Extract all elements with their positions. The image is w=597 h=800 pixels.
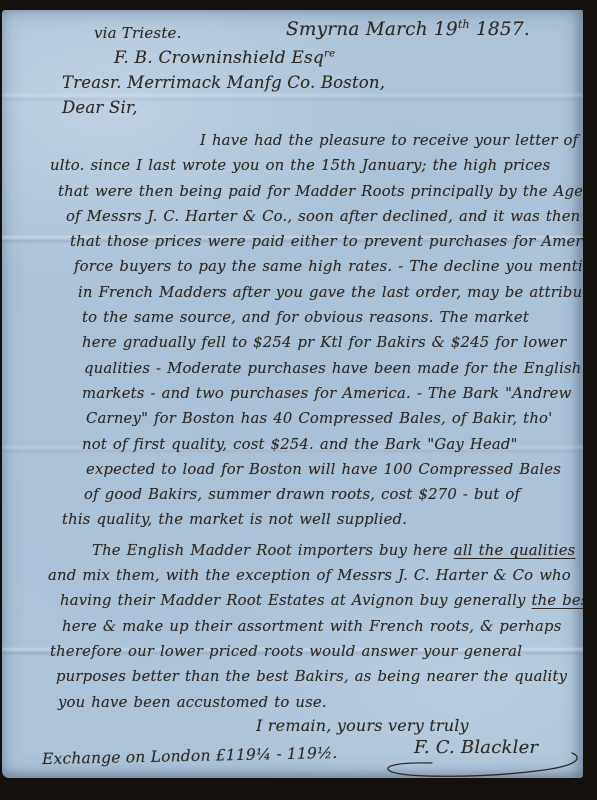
exchange-rate-note: Exchange on London £119¼ - 119½.	[42, 744, 338, 768]
letter-line-text: The English Madder Root importers buy he…	[92, 542, 454, 559]
letter-line: of good Bakirs, summer drawn roots, cost…	[84, 482, 583, 507]
letter-line: of Messrs J. C. Harter & Co., soon after…	[66, 204, 583, 229]
salutation: Dear Sir,	[62, 98, 138, 117]
dateline: Smyrna March 19th 1857.	[286, 18, 530, 40]
closing-line: I remain, yours very truly	[256, 716, 583, 735]
letter-line: therefore our lower priced roots would a…	[50, 639, 583, 664]
letter-line-text: having their Madder Root Estates at Avig…	[60, 592, 532, 609]
route-annotation: via Trieste.	[94, 24, 182, 42]
dateline-ordinal: th	[458, 18, 470, 31]
letter-content: via Trieste. Smyrna March 19th 1857. F. …	[2, 10, 583, 778]
letter-line: in French Madders after you gave the las…	[78, 280, 583, 305]
signature-flourish	[376, 749, 583, 778]
letter-line: force buyers to pay the same high rates.…	[74, 254, 583, 279]
header-row: via Trieste. Smyrna March 19th 1857.	[48, 23, 583, 48]
letter-line: here & make up their assortment with Fre…	[62, 614, 583, 639]
paragraph-1: I have had the pleasure to receive your …	[48, 128, 583, 533]
letter-line: Carney" for Boston has 40 Compressed Bal…	[86, 406, 583, 431]
recipient-name: F. B. Crowninshield Esqre	[114, 48, 335, 68]
underlined-phrase: all the qualities	[454, 542, 576, 559]
recipient-name-text: F. B. Crowninshield Esq	[114, 48, 324, 68]
dateline-place: Smyrna March 19	[286, 19, 458, 40]
letter-line: not of first quality, cost $254. and the…	[82, 432, 583, 457]
letter-line: that those prices were paid either to pr…	[70, 229, 583, 254]
letter-line: ulto. since I last wrote you on the 15th…	[50, 153, 583, 178]
letter-line: The English Madder Root importers buy he…	[92, 538, 583, 563]
letter-line: having their Madder Root Estates at Avig…	[60, 588, 583, 613]
letter-line: I have had the pleasure to receive your …	[200, 128, 583, 153]
letter-line: qualities - Moderate purchases have been…	[84, 356, 583, 381]
letter-line: expected to load for Boston will have 10…	[86, 457, 583, 482]
letter-line: markets - and two purchases for America.…	[82, 381, 583, 406]
scan-border: via Trieste. Smyrna March 19th 1857. F. …	[0, 0, 597, 800]
letter-line: that were then being paid for Madder Roo…	[58, 179, 583, 204]
letter-line: here gradually fell to $254 pr Ktl for B…	[82, 330, 583, 355]
paragraph-2: The English Madder Root importers buy he…	[48, 538, 583, 715]
underlined-phrase: the best	[532, 592, 583, 609]
letter-line: you have been accustomed to use.	[58, 690, 583, 715]
letter-line: and mix them, with the exception of Mess…	[48, 563, 583, 588]
letter-line: purposes better than the best Bakirs, as…	[56, 664, 583, 689]
signature: F. C. Blackler	[386, 737, 583, 778]
signature-row: Exchange on London £119¼ - 119½. F. C. B…	[48, 741, 583, 778]
letter-line: to the same source, and for obvious reas…	[82, 305, 583, 330]
recipient-address: Treasr. Merrimack Manfg Co. Boston,	[62, 73, 385, 92]
letter-page: via Trieste. Smyrna March 19th 1857. F. …	[2, 10, 583, 778]
recipient-address-row: Treasr. Merrimack Manfg Co. Boston,	[48, 73, 583, 98]
recipient-honorific: re	[324, 48, 335, 59]
salutation-row: Dear Sir,	[48, 98, 583, 123]
recipient-row: F. B. Crowninshield Esqre	[48, 48, 583, 73]
letter-line: this quality, the market is not well sup…	[62, 507, 583, 532]
dateline-year: 1857.	[470, 19, 530, 40]
